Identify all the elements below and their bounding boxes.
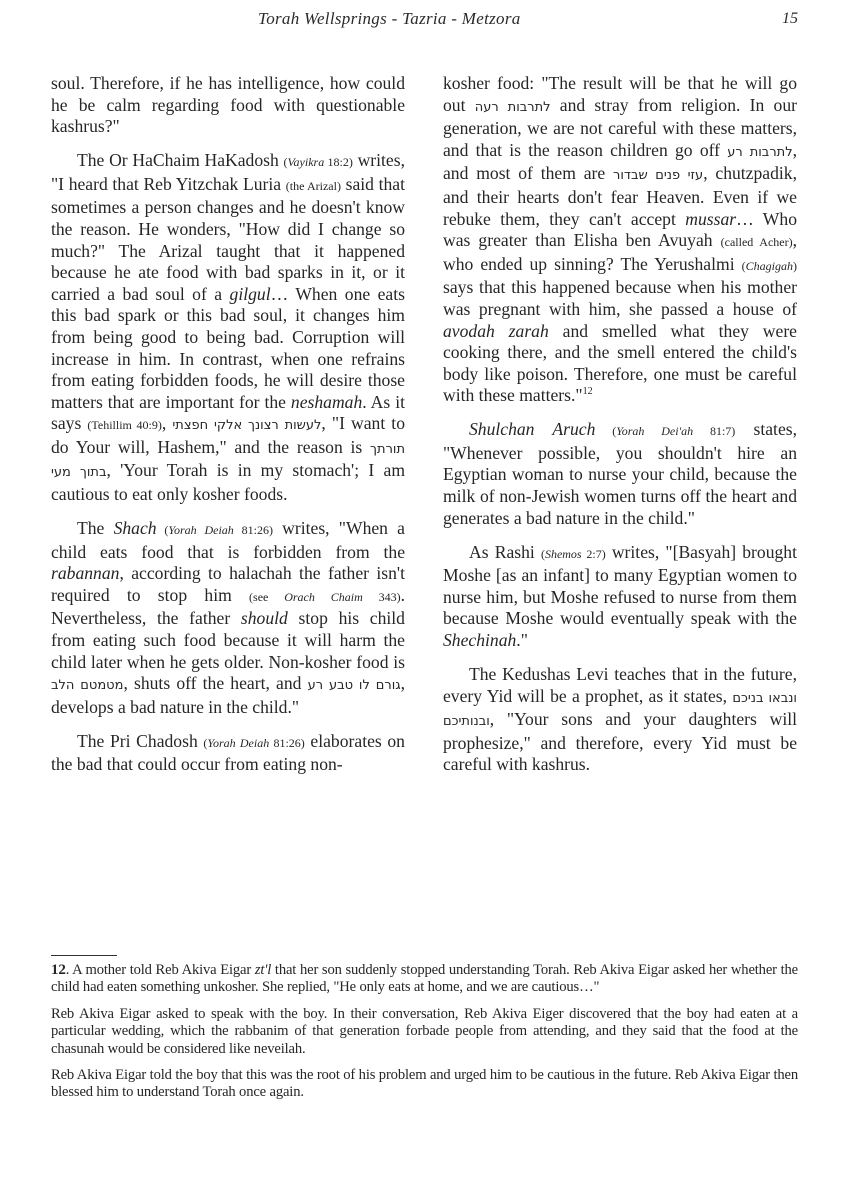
citation: (Yorah Deiah 81:26) [157, 523, 273, 537]
footnote-paragraph: Reb Akiva Eigar told the boy that this w… [51, 1067, 798, 1102]
right-column: kosher food: "The result will be that he… [443, 73, 797, 788]
citation-text: ( [157, 523, 169, 537]
paragraph: The Shach (Yorah Deiah 81:26) writes, "W… [51, 518, 405, 718]
citation-text: 81:26) [234, 523, 273, 537]
citation-book: Orach Chaim [284, 590, 363, 604]
citation-book: Yorah Deiah [168, 523, 233, 537]
italic-term: should [241, 608, 288, 628]
paragraph: kosher food: "The result will be that he… [443, 73, 797, 407]
citation-text: 2:7) [582, 547, 606, 561]
citation: (the Arizal) [286, 179, 341, 193]
citation: (Tehillim 40:9) [87, 418, 162, 432]
paragraph: The Pri Chadosh (Yorah Deiah 81:26) elab… [51, 731, 405, 776]
footnote-12: 12. A mother told Reb Akiva Eigar zt'l t… [51, 962, 798, 997]
paragraph: The Or HaChaim HaKadosh (Vayikra 18:2) w… [51, 150, 405, 506]
citation-book: Yorah Dei'ah [616, 424, 693, 438]
citation-book: Vayikra [288, 155, 325, 169]
citation-text: ( [595, 424, 616, 438]
paragraph-text: As Rashi [469, 542, 541, 562]
paragraph: As Rashi (Shemos 2:7) writes, "[Basyah] … [443, 542, 797, 652]
citation-book: Yorah Deiah [207, 736, 269, 750]
citation: (Shemos 2:7) [541, 547, 606, 561]
citation-book: Chagigah [746, 259, 793, 273]
footnote-text: Reb Akiva Eigar told the boy that this w… [51, 1067, 798, 1100]
citation-text: ) [793, 259, 797, 273]
citation-book: Shemos [545, 547, 582, 561]
paragraph-text: The Pri Chadosh [77, 731, 203, 751]
citation: (Yorah Dei'ah 81:7) [595, 424, 735, 438]
paragraph-text: ." [516, 630, 528, 650]
paragraph: The Kedushas Levi teaches that in the fu… [443, 664, 797, 776]
citation-text: (see [249, 590, 284, 604]
italic-term: gilgul [230, 284, 271, 304]
running-header-title: Torah Wellsprings - Tazria - Metzora [258, 9, 521, 29]
italic-term: zt'l [255, 962, 271, 978]
paragraph: soul. Therefore, if he has intelligence,… [51, 73, 405, 138]
footnote-number: 12 [51, 962, 66, 978]
citation: (Chagigah) [742, 259, 797, 273]
footnote-text: Reb Akiva Eigar asked to speak with the … [51, 1006, 798, 1057]
citation: (Yorah Deiah 81:26) [203, 736, 304, 750]
page-number: 15 [782, 10, 798, 28]
paragraph-text: The Or HaChaim HaKadosh [77, 150, 284, 170]
citation-text: 81:26) [269, 736, 305, 750]
hebrew-quote: עזי פנים שבדור [613, 168, 703, 183]
footnote-paragraph: Reb Akiva Eigar asked to speak with the … [51, 1006, 798, 1058]
italic-term: mussar [685, 209, 736, 229]
hebrew-quote: לתרבות רע [727, 145, 792, 160]
footnote-divider [51, 955, 117, 956]
paragraph-text: says that this happened because when his… [443, 277, 797, 319]
hebrew-quote: מטמטם הלב [51, 678, 123, 693]
hebrew-quote: לתרבות רעה [475, 100, 551, 115]
paragraph-text: , [162, 413, 172, 433]
paragraph-text: The [77, 518, 114, 538]
paragraph-text: , "Your sons and your daughters will pro… [443, 709, 797, 774]
paragraph-text: soul. Therefore, if he has intelligence,… [51, 73, 405, 136]
paragraph-text: , shuts off the heart, and [123, 673, 307, 693]
citation-text: 81:7) [693, 424, 735, 438]
citation: (Vayikra 18:2) [284, 155, 353, 169]
italic-term: avodah zarah [443, 321, 549, 341]
left-column: soul. Therefore, if he has intelligence,… [51, 73, 405, 788]
citation-text: 343) [363, 590, 401, 604]
citation: (called Acher) [721, 235, 793, 249]
footnotes-section: 12. A mother told Reb Akiva Eigar zt'l t… [51, 962, 798, 1111]
italic-term: Shach [114, 518, 157, 538]
italic-term: neshamah [291, 392, 362, 412]
running-header: Torah Wellsprings - Tazria - Metzora 15 [0, 4, 849, 34]
footnote-reference-link[interactable]: 12 [583, 386, 593, 397]
hebrew-quote: גורם לו טבע רע [308, 678, 401, 693]
italic-term: Shulchan Aruch [469, 419, 595, 439]
paragraph: Shulchan Aruch (Yorah Dei'ah 81:7) state… [443, 419, 797, 529]
citation: (see Orach Chaim 343) [249, 590, 401, 604]
hebrew-quote: לעשות רצונך אלקי חפצתי [172, 418, 321, 433]
italic-term: Shechinah [443, 630, 516, 650]
citation-text: 18:2) [324, 155, 353, 169]
italic-term: rabannan [51, 563, 119, 583]
footnote-text: . A mother told Reb Akiva Eigar [66, 962, 255, 978]
